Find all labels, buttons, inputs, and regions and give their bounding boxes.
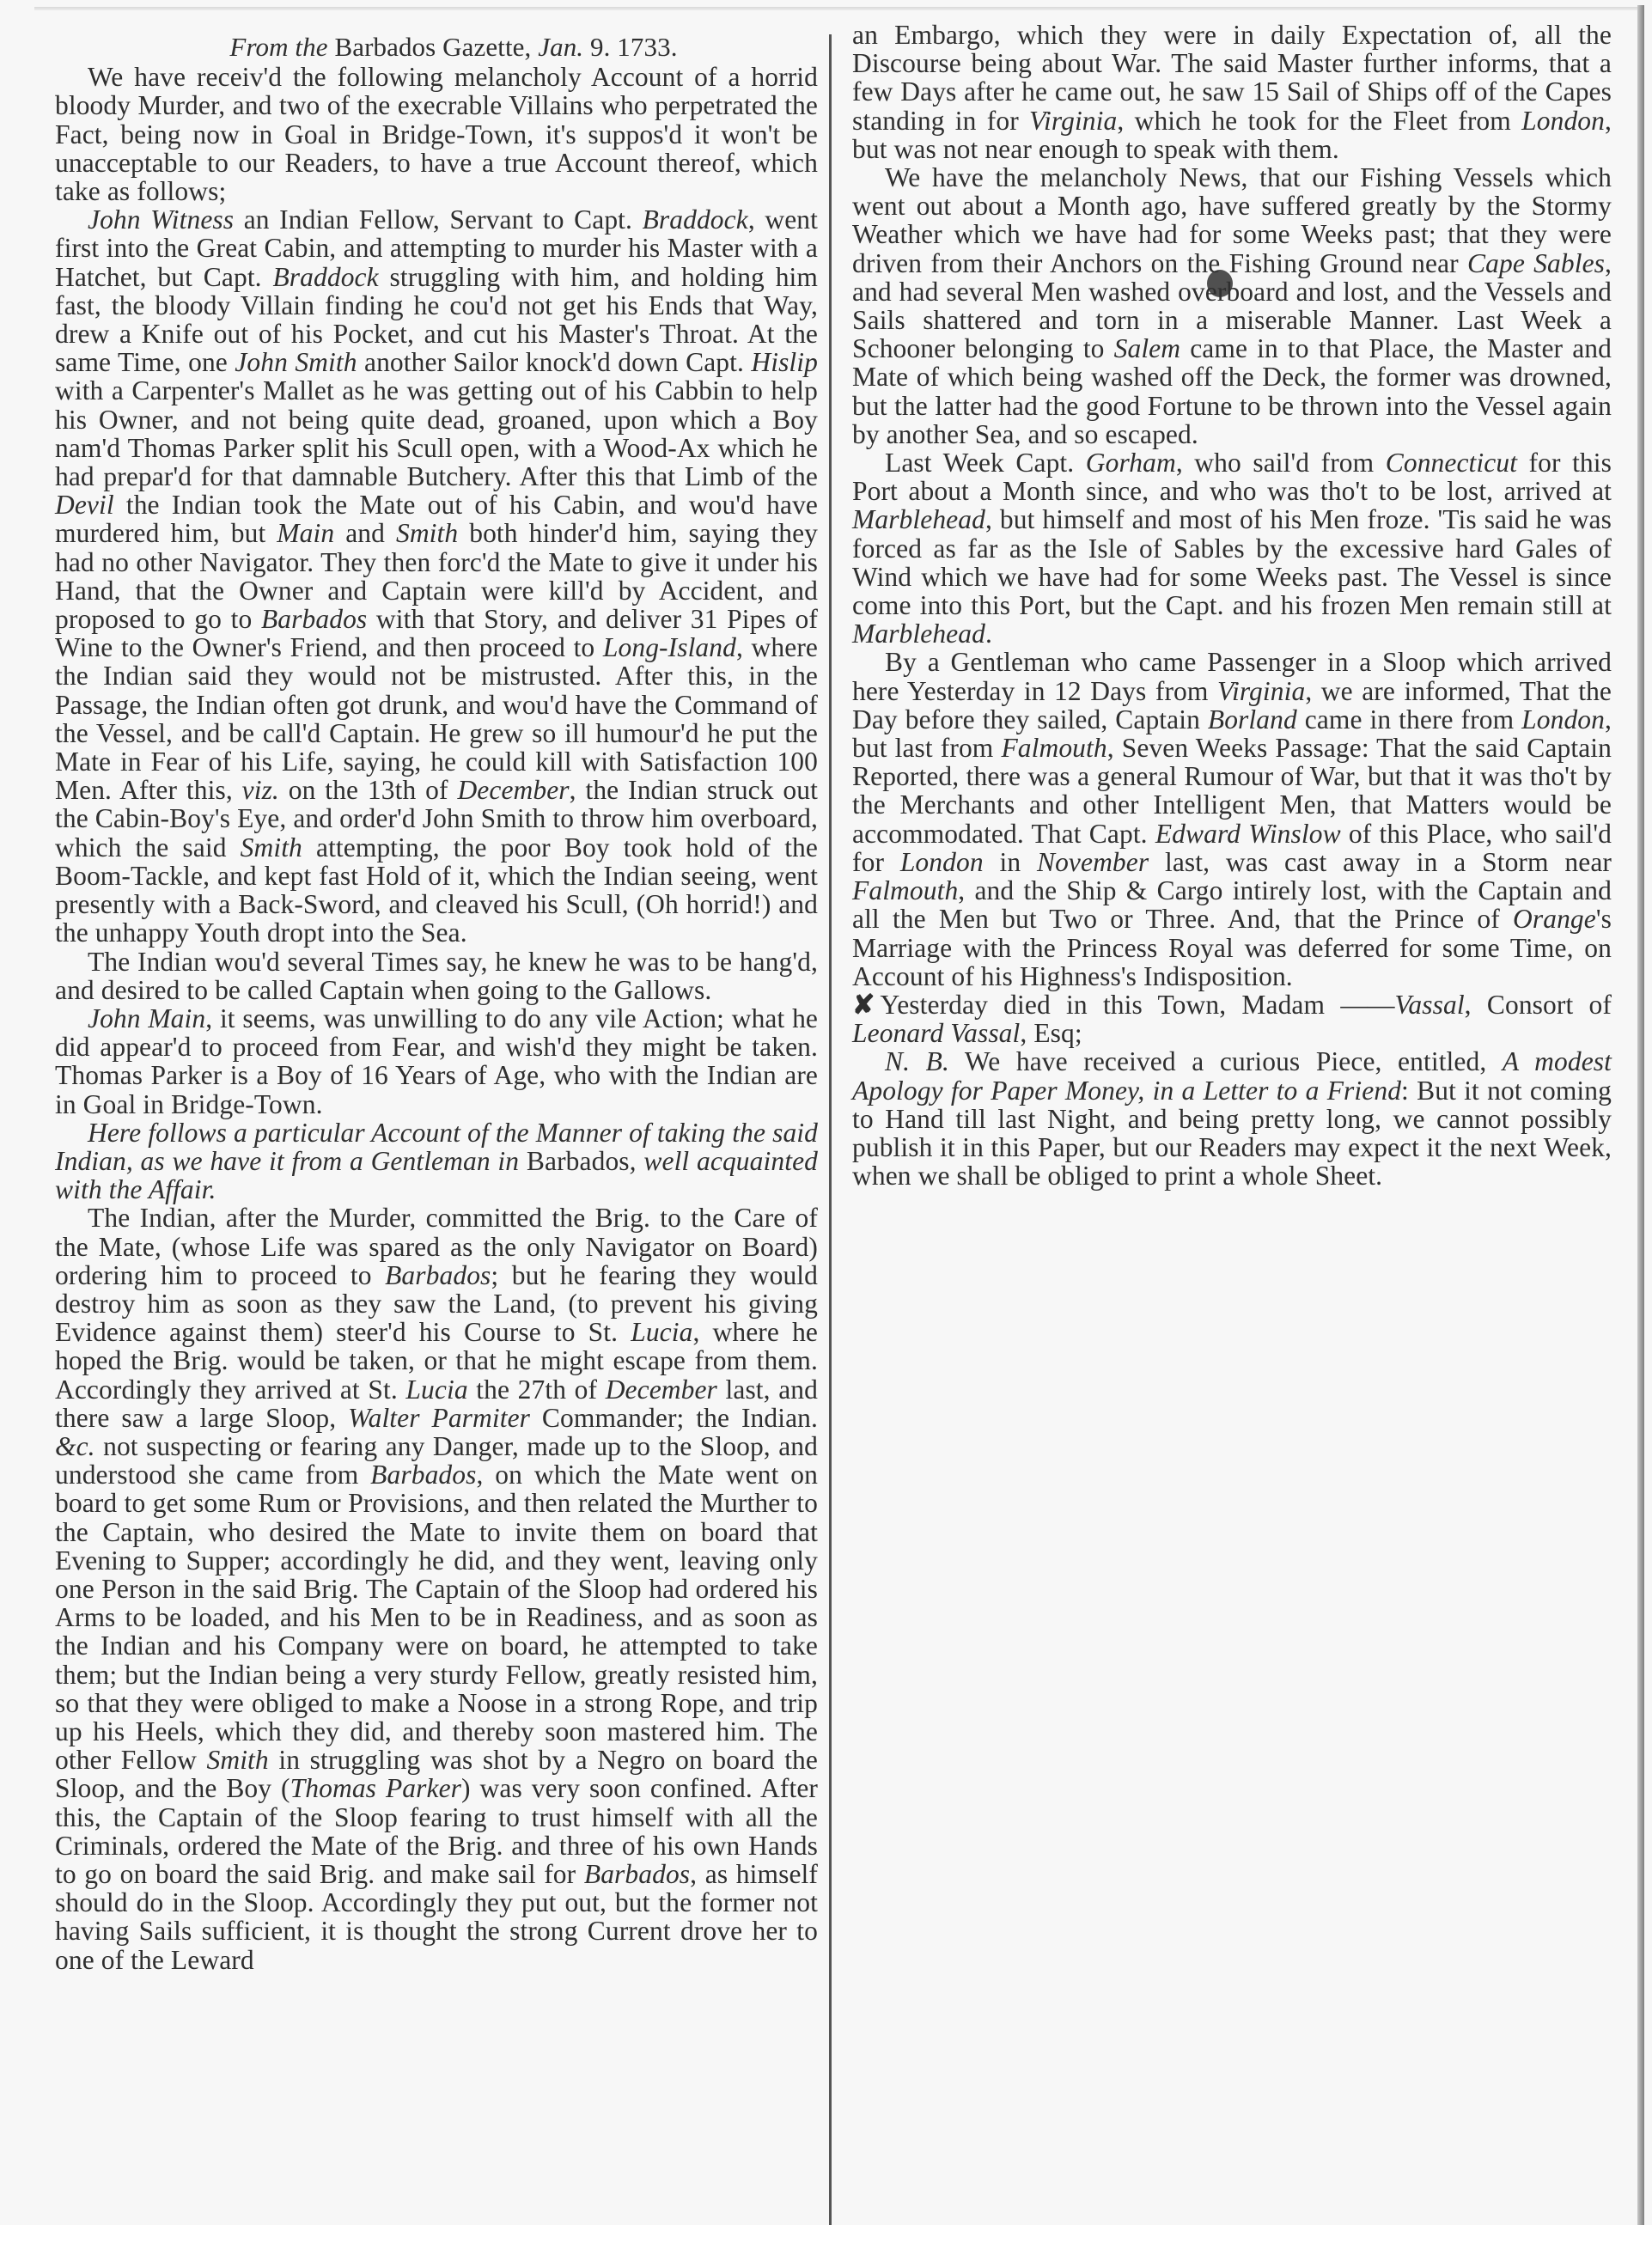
body-text: an Indian Fellow, Servant to Capt. — [234, 204, 642, 235]
italic-text: John Smith — [235, 347, 357, 377]
italic-text: Vassal — [1395, 990, 1465, 1020]
italic-text: Borland — [1208, 704, 1297, 734]
italic-text: Smith — [396, 518, 458, 548]
italic-text: Long-Island — [603, 632, 736, 662]
italic-text: Leonard Vassal — [852, 1018, 1020, 1048]
italic-text: Gorham — [1086, 448, 1176, 478]
italic-text: Barbados — [584, 1859, 690, 1889]
article-paragraph: an Embargo, which they were in daily Exp… — [852, 21, 1612, 163]
body-text: . — [985, 619, 992, 649]
left-column: From the Barbados Gazette, Jan. 9. 1733.… — [55, 33, 818, 1974]
italic-text: Barbados — [370, 1460, 476, 1490]
italic-text: London — [1521, 106, 1605, 136]
body-text: in — [984, 847, 1037, 877]
body-text: Barbados — [527, 1146, 630, 1176]
body-text: Last Week Capt. — [885, 448, 1086, 478]
body-text: , Consort of — [1465, 990, 1612, 1020]
italic-text: Marblehead — [852, 504, 985, 534]
page-edge-shadow — [1637, 5, 1644, 2225]
body-text: , Esq; — [1020, 1018, 1082, 1048]
article-paragraph: We have the melancholy News, that our Fi… — [852, 163, 1612, 448]
body-text: came in there from — [1297, 704, 1521, 734]
article-paragraph: The Indian, after the Murder, committed … — [55, 1204, 818, 1973]
italic-text: Orange — [1513, 904, 1596, 934]
body-text: , and the Ship & Cargo intirely lost, wi… — [852, 875, 1612, 934]
italic-text: Lucia — [405, 1374, 467, 1405]
italic-text: Main — [277, 518, 334, 548]
article-paragraph: By a Gentleman who came Passenger in a S… — [852, 648, 1612, 990]
body-text: the 27th of — [468, 1374, 606, 1405]
italic-text: London — [1521, 704, 1605, 734]
italic-text: Thomas Parker — [290, 1773, 461, 1803]
article-paragraph: We have receiv'd the following melanchol… — [55, 63, 818, 205]
article-paragraph: Here follows a particular Account of the… — [55, 1118, 818, 1204]
body-text: , which he took for the Fleet from — [1117, 106, 1521, 136]
body-text: , who sail'd from — [1176, 448, 1386, 478]
headline-text: From the — [229, 32, 334, 62]
italic-text: December — [606, 1374, 717, 1405]
italic-text: Hislip — [751, 347, 818, 377]
right-article-body: an Embargo, which they were in daily Exp… — [852, 21, 1612, 1190]
body-text: Commander; the Indian. — [530, 1403, 818, 1433]
body-text: We have received a curious Piece, entitl… — [949, 1046, 1503, 1076]
italic-text: Braddock — [643, 204, 748, 235]
italic-text: Smith — [241, 832, 302, 862]
right-column: an Embargo, which they were in daily Exp… — [852, 21, 1612, 1190]
body-text: We have receiv'd the following melanchol… — [55, 62, 818, 206]
headline-text: Jan. — [538, 32, 590, 62]
body-text: with a Carpenter's Mallet as he was gett… — [55, 375, 818, 491]
article-paragraph: N. B. We have received a curious Piece, … — [852, 1047, 1612, 1190]
body-text: The Indian wou'd several Times say, he k… — [55, 947, 818, 1005]
newspaper-page: From the Barbados Gazette, Jan. 9. 1733.… — [0, 0, 1652, 2225]
italic-text: Virginia — [1217, 676, 1305, 706]
dateline-heading: From the Barbados Gazette, Jan. 9. 1733. — [55, 33, 818, 61]
headline-text: Barbados Gazette, — [334, 32, 538, 62]
article-paragraph: ✘Yesterday died in this Town, Madam ——Va… — [852, 990, 1612, 1047]
italic-text: Barbados — [261, 604, 367, 634]
italic-text: December — [457, 775, 569, 805]
italic-text: viz. — [242, 775, 279, 805]
italic-text: Edward Winslow — [1155, 819, 1341, 849]
pointer-mark-icon: ✘ — [852, 990, 875, 1020]
italic-text: London — [900, 847, 984, 877]
italic-text: Connecticut — [1386, 448, 1517, 478]
italic-text: Marblehead — [852, 619, 985, 649]
italic-text: Falmouth — [852, 875, 958, 905]
italic-text: John Main — [88, 1003, 205, 1033]
italic-text: Cape Sables — [1467, 248, 1605, 278]
article-paragraph: John Main, it seems, was unwilling to do… — [55, 1004, 818, 1118]
italic-text: Braddock — [272, 262, 378, 292]
italic-text: Falmouth — [1001, 733, 1106, 763]
italic-text: John Witness — [88, 204, 234, 235]
italic-text: Virginia — [1029, 106, 1117, 136]
headline-text: 9. 1733. — [590, 32, 678, 62]
body-text: last, was cast away in a Storm near — [1149, 847, 1612, 877]
article-paragraph: John Witness an Indian Fellow, Servant t… — [55, 205, 818, 947]
body-text: , on which the Mate went on board to get… — [55, 1460, 818, 1775]
top-border — [34, 7, 1641, 10]
italic-text: Barbados — [385, 1260, 491, 1290]
article-paragraph: Last Week Capt. Gorham, who sail'd from … — [852, 448, 1612, 648]
column-divider — [829, 34, 832, 2225]
italic-text: November — [1037, 847, 1149, 877]
body-text: and — [334, 518, 396, 548]
left-article-body: We have receiv'd the following melanchol… — [55, 63, 818, 1974]
italic-text: Salem — [1114, 333, 1180, 363]
italic-text: Smith — [207, 1745, 269, 1775]
body-text: on the 13th of — [279, 775, 458, 805]
body-text: another Sailor knock'd down Capt. — [357, 347, 752, 377]
italic-text: N. B. — [885, 1046, 949, 1076]
italic-text: Walter Parmiter — [348, 1403, 530, 1433]
italic-text: Lucia — [631, 1317, 692, 1347]
italic-text: Devil — [55, 490, 114, 520]
body-text: Yesterday died in this Town, Madam —— — [881, 990, 1395, 1020]
italic-text: &c. — [55, 1431, 95, 1461]
article-paragraph: The Indian wou'd several Times say, he k… — [55, 948, 818, 1004]
